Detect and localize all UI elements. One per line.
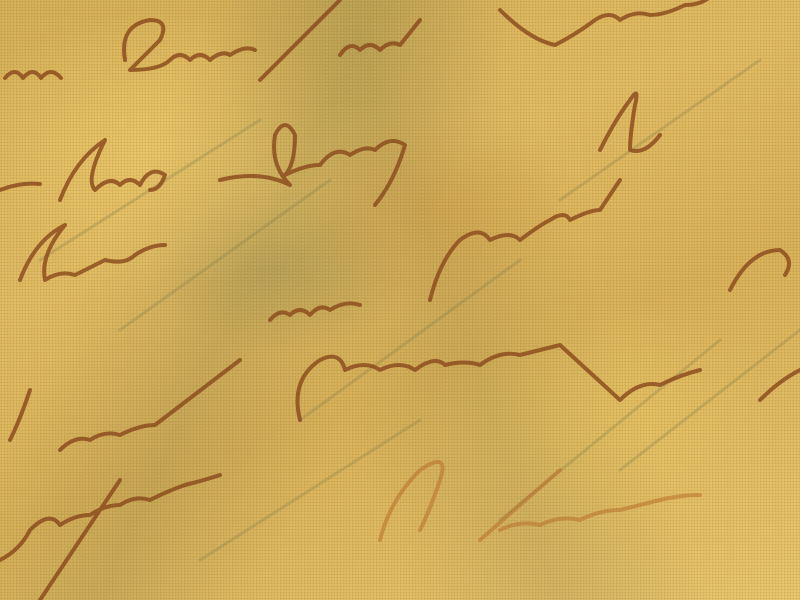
parchment-photo — [0, 0, 800, 600]
handwriting-strokes — [0, 0, 800, 600]
